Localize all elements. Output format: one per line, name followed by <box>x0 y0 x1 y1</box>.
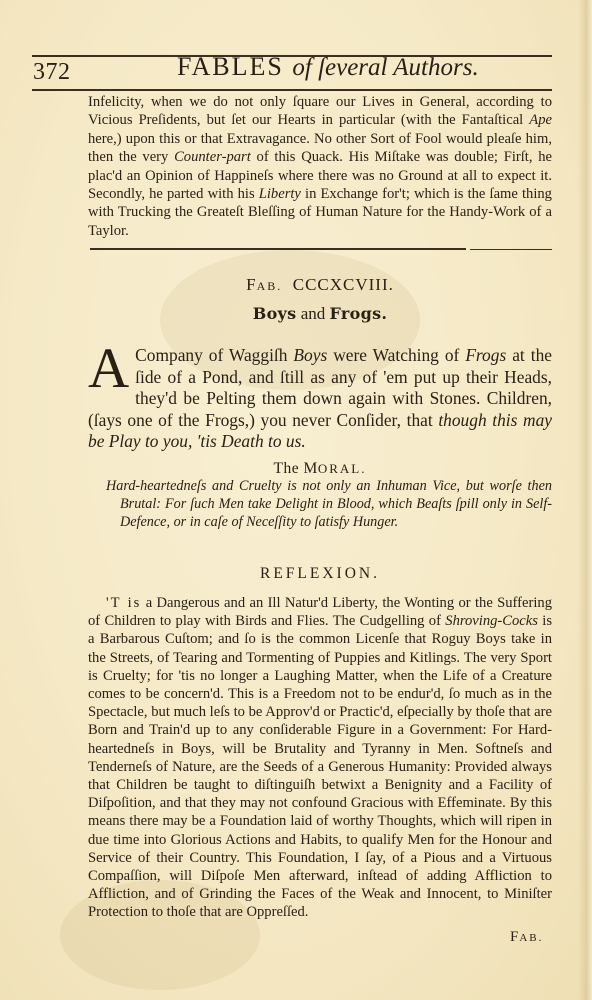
fable-title: Boys and Frogs. <box>88 304 552 324</box>
fable-number-heading: FAB. CCCXCVIII. <box>88 275 552 295</box>
italic-run: Counter-part <box>174 149 251 165</box>
section-separator-rule <box>90 248 466 250</box>
moral-text: Hard-heartedneſs and Cruelty is not only… <box>106 477 552 531</box>
moral-heading: The MORAL. <box>88 460 552 478</box>
running-title-caps: FABLES <box>177 52 284 81</box>
catchword-initial: F <box>510 929 519 945</box>
reflexion-body: 'T is a Dangerous and an Ill Natur'd Lib… <box>88 594 552 922</box>
running-header: 372 FABLES of ſeveral Authors. <box>32 52 552 86</box>
fable-title-and: and <box>301 304 326 323</box>
reflexion-opening: 'T is <box>106 595 141 611</box>
drop-cap: A <box>88 347 129 391</box>
italic-run: Liberty <box>259 186 301 202</box>
catchword-small-caps: AB. <box>519 932 543 944</box>
catchword: FAB. <box>510 929 543 946</box>
italic-run: Shroving-Cocks <box>445 613 538 629</box>
running-title-italic: of ſeveral Authors. <box>292 54 478 81</box>
header-bottom-rule <box>32 89 552 91</box>
moral-heading-initial: M <box>304 460 318 477</box>
moral-text-block: Hard-heartedneſs and Cruelty is not only… <box>106 477 552 531</box>
italic-run: Ape <box>529 112 552 128</box>
italic-run: Frogs <box>465 345 506 365</box>
moral-heading-small-caps: ORAL. <box>318 461 367 476</box>
italic-run: Boys <box>293 345 327 365</box>
page-number: 372 <box>33 59 71 86</box>
fable-body: ACompany of Waggiſh Boys were Watching o… <box>88 345 552 453</box>
text-run: Infelicity, when we do not only ſquare o… <box>88 94 552 128</box>
text-run: is a Barbarous Cuſtom; and ſo is the com… <box>88 613 552 920</box>
fable-title-word-boys: Boys <box>253 304 297 323</box>
running-title: FABLES of ſeveral Authors. <box>177 52 479 82</box>
fable-label-small-caps: AB. <box>257 279 283 293</box>
text-run: Company of Waggiſh <box>135 345 293 365</box>
fable-label-initial: F <box>246 275 256 294</box>
fable-text: Company of Waggiſh Boys were Watching of… <box>88 345 552 451</box>
continuation-paragraph: Infelicity, when we do not only ſquare o… <box>88 93 552 240</box>
text-run: were Watching of <box>327 345 465 365</box>
continuation-text: Infelicity, when we do not only ſquare o… <box>88 93 552 240</box>
fable-title-word-frogs: Frogs. <box>330 304 388 323</box>
fable-roman-number: CCCXCVIII. <box>293 275 394 294</box>
reflexion-text: a Dangerous and an Ill Natur'd Liberty, … <box>88 595 552 920</box>
reflexion-heading: REFLEXION. <box>88 565 552 583</box>
page-edge-shadow <box>578 0 592 1000</box>
section-separator-rule-tail <box>470 249 552 250</box>
moral-heading-the: The <box>274 460 300 477</box>
